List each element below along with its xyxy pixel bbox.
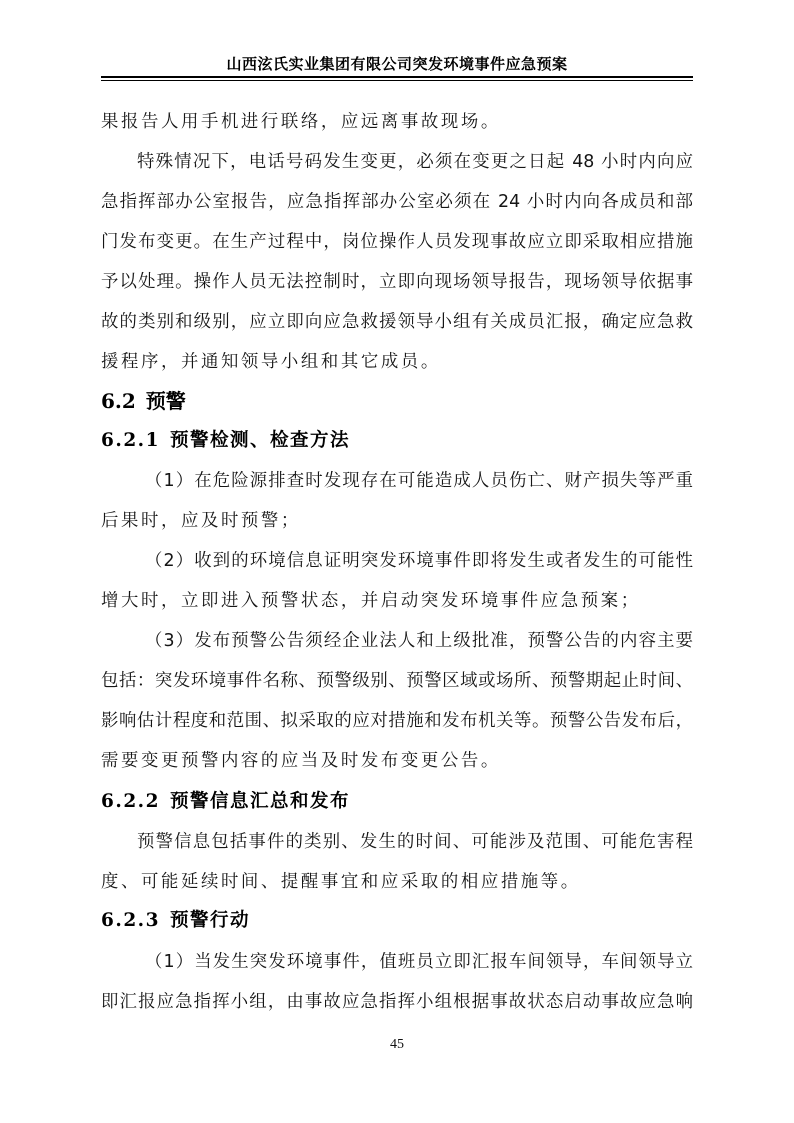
section-title: 预警 — [146, 389, 186, 413]
list-item-line: 包括：突发环境事件名称、预警级别、预警区域或场所、预警期起止时间、 — [101, 668, 693, 694]
section-title: 预警行动 — [170, 910, 250, 931]
list-item-line: （3）发布预警公告须经企业法人和上级批准，预警公告的内容主要 — [101, 628, 693, 654]
paragraph-line: 预警信息包括事件的类别、发生的时间、可能涉及范围、可能危害程 — [101, 829, 693, 855]
list-item-line: （1）在危险源排查时发现存在可能造成人员伤亡、财产损失等严重 — [101, 468, 693, 494]
list-item-line: 后果时，应及时预警； — [101, 508, 693, 534]
section-heading-6-2-1: 6.2.1预警检测、检查方法 — [101, 428, 350, 454]
list-item-line: 需要变更预警内容的应当及时发布变更公告。 — [101, 748, 693, 774]
section-heading-6-2: 6.2预警 — [101, 387, 186, 415]
list-item-line: 影响估计程度和范围、拟采取的应对措施和发布机关等。预警公告发布后， — [101, 708, 693, 734]
paragraph-line: 果报告人用手机进行联络，应远离事故现场。 — [101, 109, 693, 135]
section-heading-6-2-2: 6.2.2预警信息汇总和发布 — [101, 789, 350, 815]
page-number: 45 — [0, 1037, 794, 1053]
section-number: 6.2 — [101, 389, 136, 413]
paragraph-line: 急指挥部办公室报告，应急指挥部办公室必须在 24 小时内向各成员和部 — [101, 189, 693, 215]
section-heading-6-2-3: 6.2.3预警行动 — [101, 908, 250, 934]
list-item-line: （2）收到的环境信息证明突发环境事件即将发生或者发生的可能性 — [101, 548, 693, 574]
paragraph-line: 度、可能延续时间、提醒事宜和应采取的相应措施等。 — [101, 869, 693, 895]
section-number: 6.2.2 — [101, 791, 160, 812]
list-item-line: 增大时，立即进入预警状态，并启动突发环境事件应急预案； — [101, 588, 693, 614]
paragraph-line: 援程序，并通知领导小组和其它成员。 — [101, 349, 693, 375]
paragraph-line: 特殊情况下，电话号码发生变更，必须在变更之日起 48 小时内向应 — [101, 149, 693, 175]
list-item-line: 即汇报应急指挥小组，由事故应急指挥小组根据事故状态启动事故应急响 — [101, 989, 693, 1015]
paragraph-line: 门发布变更。在生产过程中，岗位操作人员发现事故应立即采取相应措施 — [101, 229, 693, 255]
paragraph-line: 故的类别和级别，应立即向应急救援领导小组有关成员汇报，确定应急救 — [101, 309, 693, 335]
section-number: 6.2.3 — [101, 910, 160, 931]
section-title: 预警检测、检查方法 — [170, 430, 350, 451]
section-title: 预警信息汇总和发布 — [170, 791, 350, 812]
header-rule-thick — [101, 76, 693, 78]
list-item-line: （1）当发生突发环境事件，值班员立即汇报车间领导，车间领导立 — [101, 949, 693, 975]
header-rule-thin — [101, 80, 693, 81]
section-number: 6.2.1 — [101, 430, 160, 451]
document-header-title: 山西泫氏实业集团有限公司突发环境事件应急预案 — [101, 54, 693, 74]
paragraph-line: 予以处理。操作人员无法控制时，立即向现场领导报告，现场领导依据事 — [101, 269, 693, 295]
